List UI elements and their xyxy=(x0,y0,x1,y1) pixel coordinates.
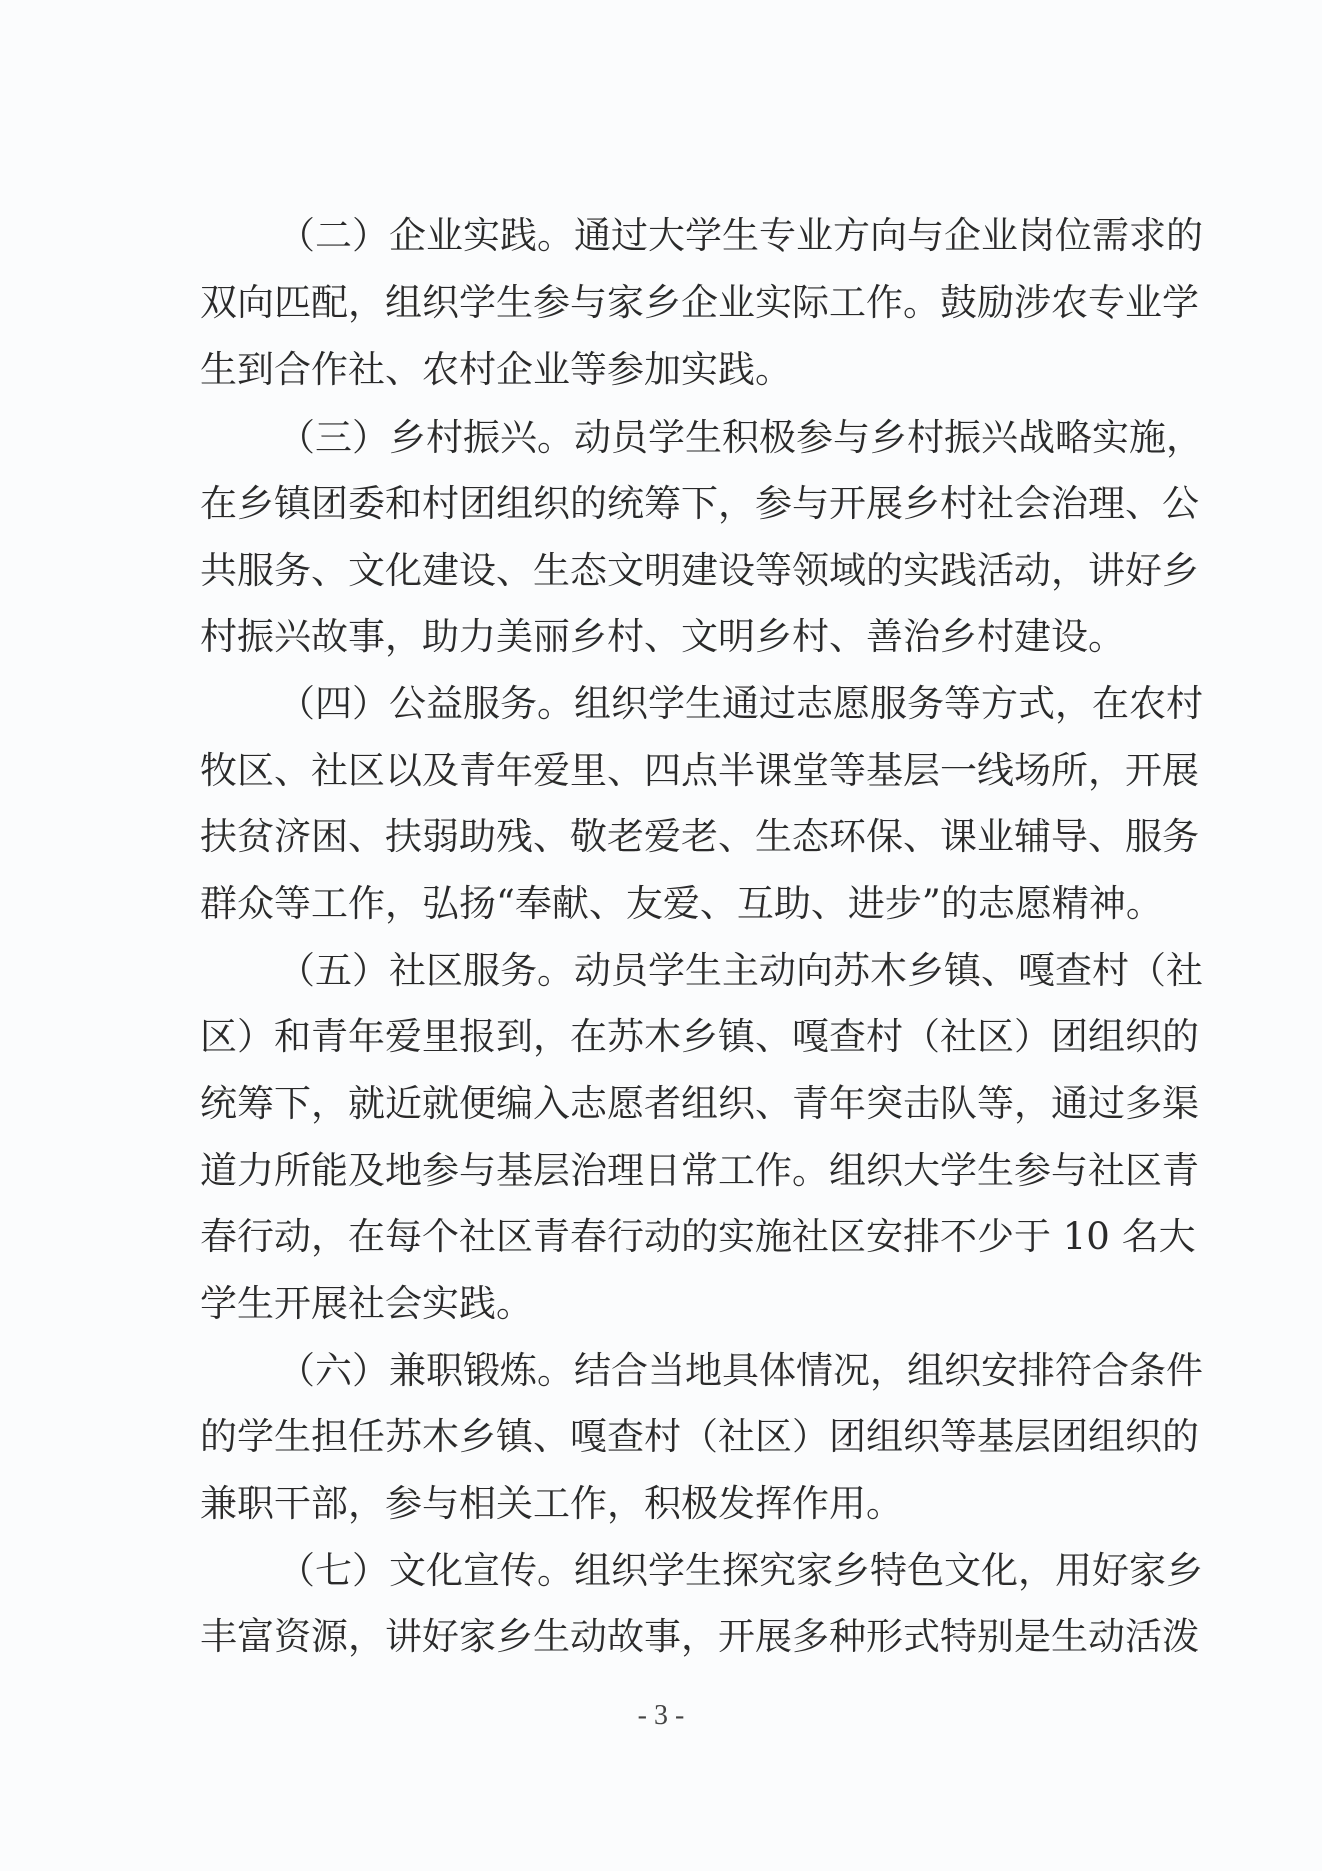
paragraph-2-line-2: 双向匹配，组织学生参与家乡企业实际工作。鼓励涉农专业学 xyxy=(200,269,1140,336)
paragraph-3-line-1: （三）乡村振兴。动员学生积极参与乡村振兴战略实施， xyxy=(278,404,1140,471)
paragraph-5-line-6: 学生开展社会实践。 xyxy=(200,1270,1140,1337)
paragraph-6-line-2: 的学生担任苏木乡镇、嘎查村（社区）团组织等基层团组织的 xyxy=(200,1403,1140,1470)
paragraph-4-line-2: 牧区、社区以及青年爱里、四点半课堂等基层一线场所，开展 xyxy=(200,737,1140,804)
paragraph-5-line-1: （五）社区服务。动员学生主动向苏木乡镇、嘎查村（社 xyxy=(278,937,1140,1004)
document-page: （二）企业实践。通过大学生专业方向与企业岗位需求的 双向匹配，组织学生参与家乡企… xyxy=(0,0,1322,1871)
paragraph-4-line-4: 群众等工作，弘扬“奉献、友爱、互助、进步”的志愿精神。 xyxy=(200,870,1140,937)
paragraph-7-line-1: （七）文化宣传。组织学生探究家乡特色文化，用好家乡 xyxy=(278,1537,1140,1604)
paragraph-6-line-3: 兼职干部，参与相关工作，积极发挥作用。 xyxy=(200,1470,1140,1537)
paragraph-6-line-1: （六）兼职锻炼。结合当地具体情况，组织安排符合条件 xyxy=(278,1337,1140,1404)
paragraph-3-line-4: 村振兴故事，助力美丽乡村、文明乡村、善治乡村建设。 xyxy=(200,603,1140,670)
paragraph-5-line-4: 道力所能及地参与基层治理日常工作。组织大学生参与社区青 xyxy=(200,1137,1140,1204)
paragraph-3-line-3: 共服务、文化建设、生态文明建设等领域的实践活动，讲好乡 xyxy=(200,537,1140,604)
paragraph-7-line-2: 丰富资源，讲好家乡生动故事，开展多种形式特别是生动活泼 xyxy=(200,1603,1140,1670)
paragraph-5-line-2: 区）和青年爱里报到，在苏木乡镇、嘎查村（社区）团组织的 xyxy=(200,1003,1140,1070)
paragraph-4-line-1: （四）公益服务。组织学生通过志愿服务等方式，在农村 xyxy=(278,670,1140,737)
paragraph-2-line-1: （二）企业实践。通过大学生专业方向与企业岗位需求的 xyxy=(278,202,1140,269)
paragraph-3-line-2: 在乡镇团委和村团组织的统筹下，参与开展乡村社会治理、公 xyxy=(200,470,1140,537)
page-number: - 3 - xyxy=(0,1700,1322,1732)
paragraph-5-line-3: 统筹下，就近就便编入志愿者组织、青年突击队等，通过多渠 xyxy=(200,1070,1140,1137)
paragraph-5-line-5: 春行动，在每个社区青春行动的实施社区安排不少于 10 名大 xyxy=(200,1203,1140,1270)
paragraph-2-line-3: 生到合作社、农村企业等参加实践。 xyxy=(200,336,1140,403)
paragraph-4-line-3: 扶贫济困、扶弱助残、敬老爱老、生态环保、课业辅导、服务 xyxy=(200,803,1140,870)
